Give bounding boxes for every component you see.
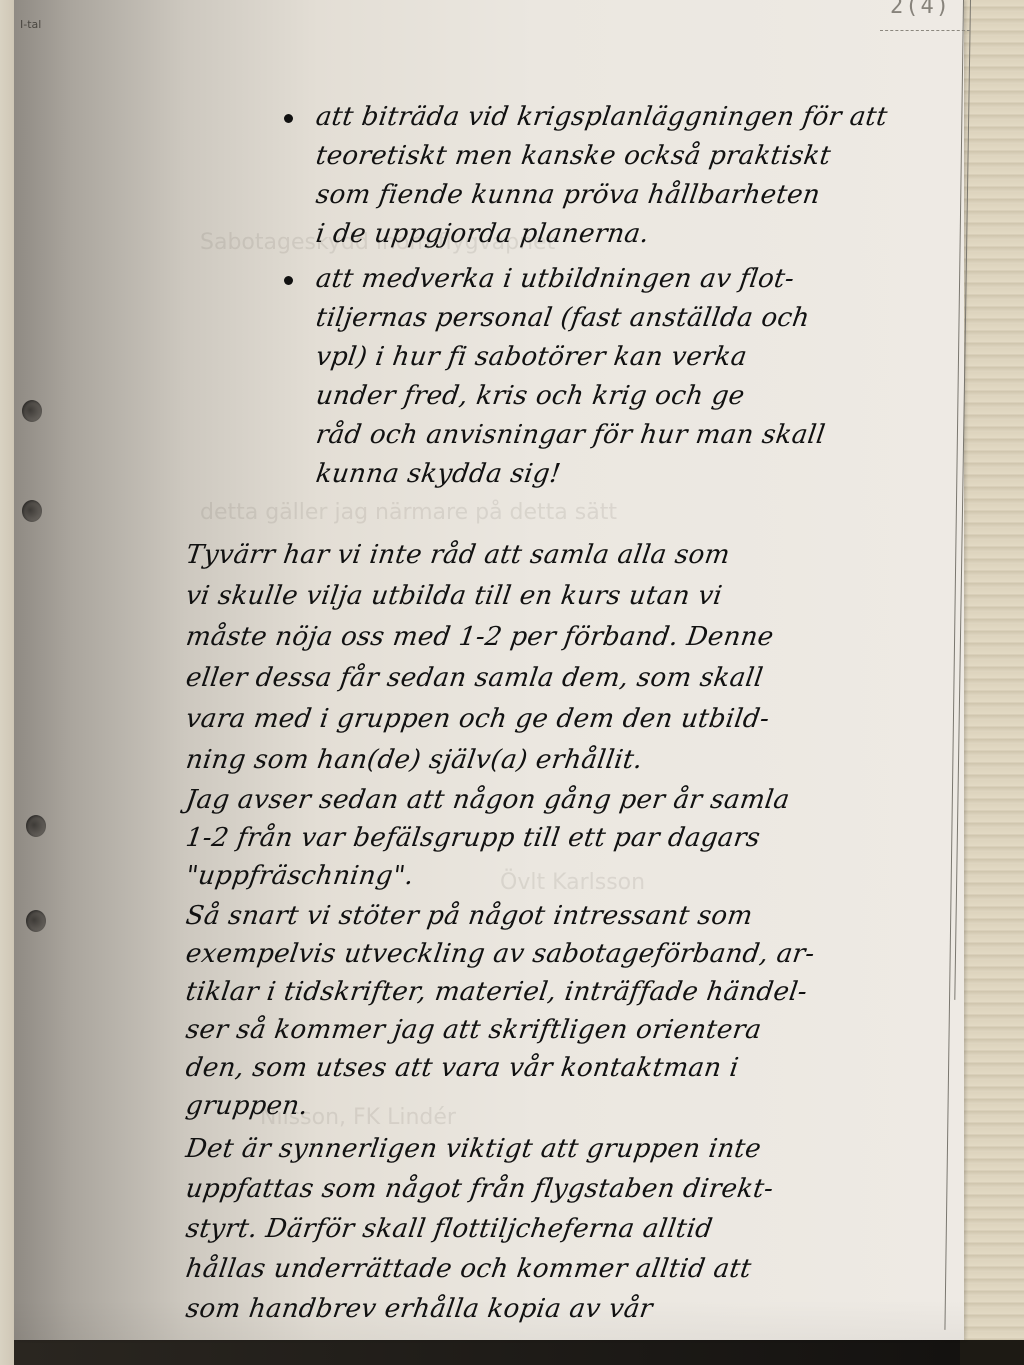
text-line: ning som han(de) själv(a) erhållit. [183,740,919,781]
text-line: Det är synnerligen viktigt att gruppen i… [183,1129,919,1169]
text-line: gruppen. [183,1087,918,1125]
text-line: tiljernas personal (fast anställda och [313,299,910,338]
text-line: "uppfräschning". [183,857,918,895]
punch-hole [22,500,42,522]
text-line: som fiende kunna pröva hållbarheten [313,176,910,215]
paragraph: Tyvärr har vi inte råd att samla alla so… [186,535,916,781]
desk-shadow-bottom [14,1340,960,1365]
body-text: Tyvärr har vi inte råd att samla alla so… [186,535,916,1329]
text-line: Tyvärr har vi inte råd att samla alla so… [183,535,919,576]
text-line: eller dessa får sedan samla dem, som ska… [183,658,919,699]
paper-stack-edge [960,0,1024,1340]
show-through-text: detta gäller jag närmare på detta sätt [200,500,617,525]
text-line: under fred, kris och krig och ge [313,377,910,416]
text-line: vara med i gruppen och ge dem den utbild… [183,699,919,740]
text-line: styrt. Därför skall flottiljcheferna all… [183,1209,919,1249]
text-line: Jag avser sedan att någon gång per år sa… [183,781,918,819]
text-line: Så snart vi stöter på något intressant s… [183,897,918,935]
text-line: att medverka i utbildningen av flot- [313,260,910,299]
bullet-icon [284,114,293,123]
text-line: hållas underrättade och kommer alltid at… [183,1249,919,1289]
text-line: i de uppgjorda planerna. [313,215,910,254]
text-line: den, som utses att vara vår kontaktman i [183,1049,918,1087]
text-line: råd och anvisningar för hur man skall [313,416,910,455]
text-line: vpl) i hur fi sabotörer kan verka [313,338,910,377]
text-line: kunna skydda sig! [313,455,910,494]
text-line: måste nöja oss med 1-2 per förband. Denn… [183,617,919,658]
paragraph: Så snart vi stöter på något intressant s… [186,897,916,1125]
bullet-item: att medverka i utbildningen av flot- til… [278,260,908,494]
text-line: 1-2 från var befälsgrupp till ett par da… [183,819,918,857]
punch-hole [26,815,46,837]
text-line: uppfattas som något från flygstaben dire… [183,1169,919,1209]
bullet-list: att biträda vid krigsplanläggningen för … [278,98,908,494]
punch-hole [22,400,42,422]
binder-edge [0,0,14,1365]
bullet-icon [284,276,293,285]
header-rule [880,30,970,32]
desk-shadow [960,1340,1024,1365]
paragraph: Det är synnerligen viktigt att gruppen i… [186,1129,916,1329]
text-line: ser så kommer jag att skriftligen orient… [183,1011,918,1049]
corner-mark: I-tal [20,18,41,31]
text-line: som handbrev erhålla kopia av vår [183,1289,919,1329]
text-line: att biträda vid krigsplanläggningen för … [313,98,910,137]
page-number: 2(4) [890,0,951,19]
text-line: vi skulle vilja utbilda till en kurs uta… [183,576,919,617]
paragraph: Jag avser sedan att någon gång per år sa… [186,781,916,895]
text-line: teoretiskt men kanske också praktiskt [313,137,910,176]
text-line: tiklar i tidskrifter, materiel, inträffa… [183,973,918,1011]
bullet-item: att biträda vid krigsplanläggningen för … [278,98,908,254]
text-line: exempelvis utveckling av sabotageförband… [183,935,918,973]
punch-hole [26,910,46,932]
